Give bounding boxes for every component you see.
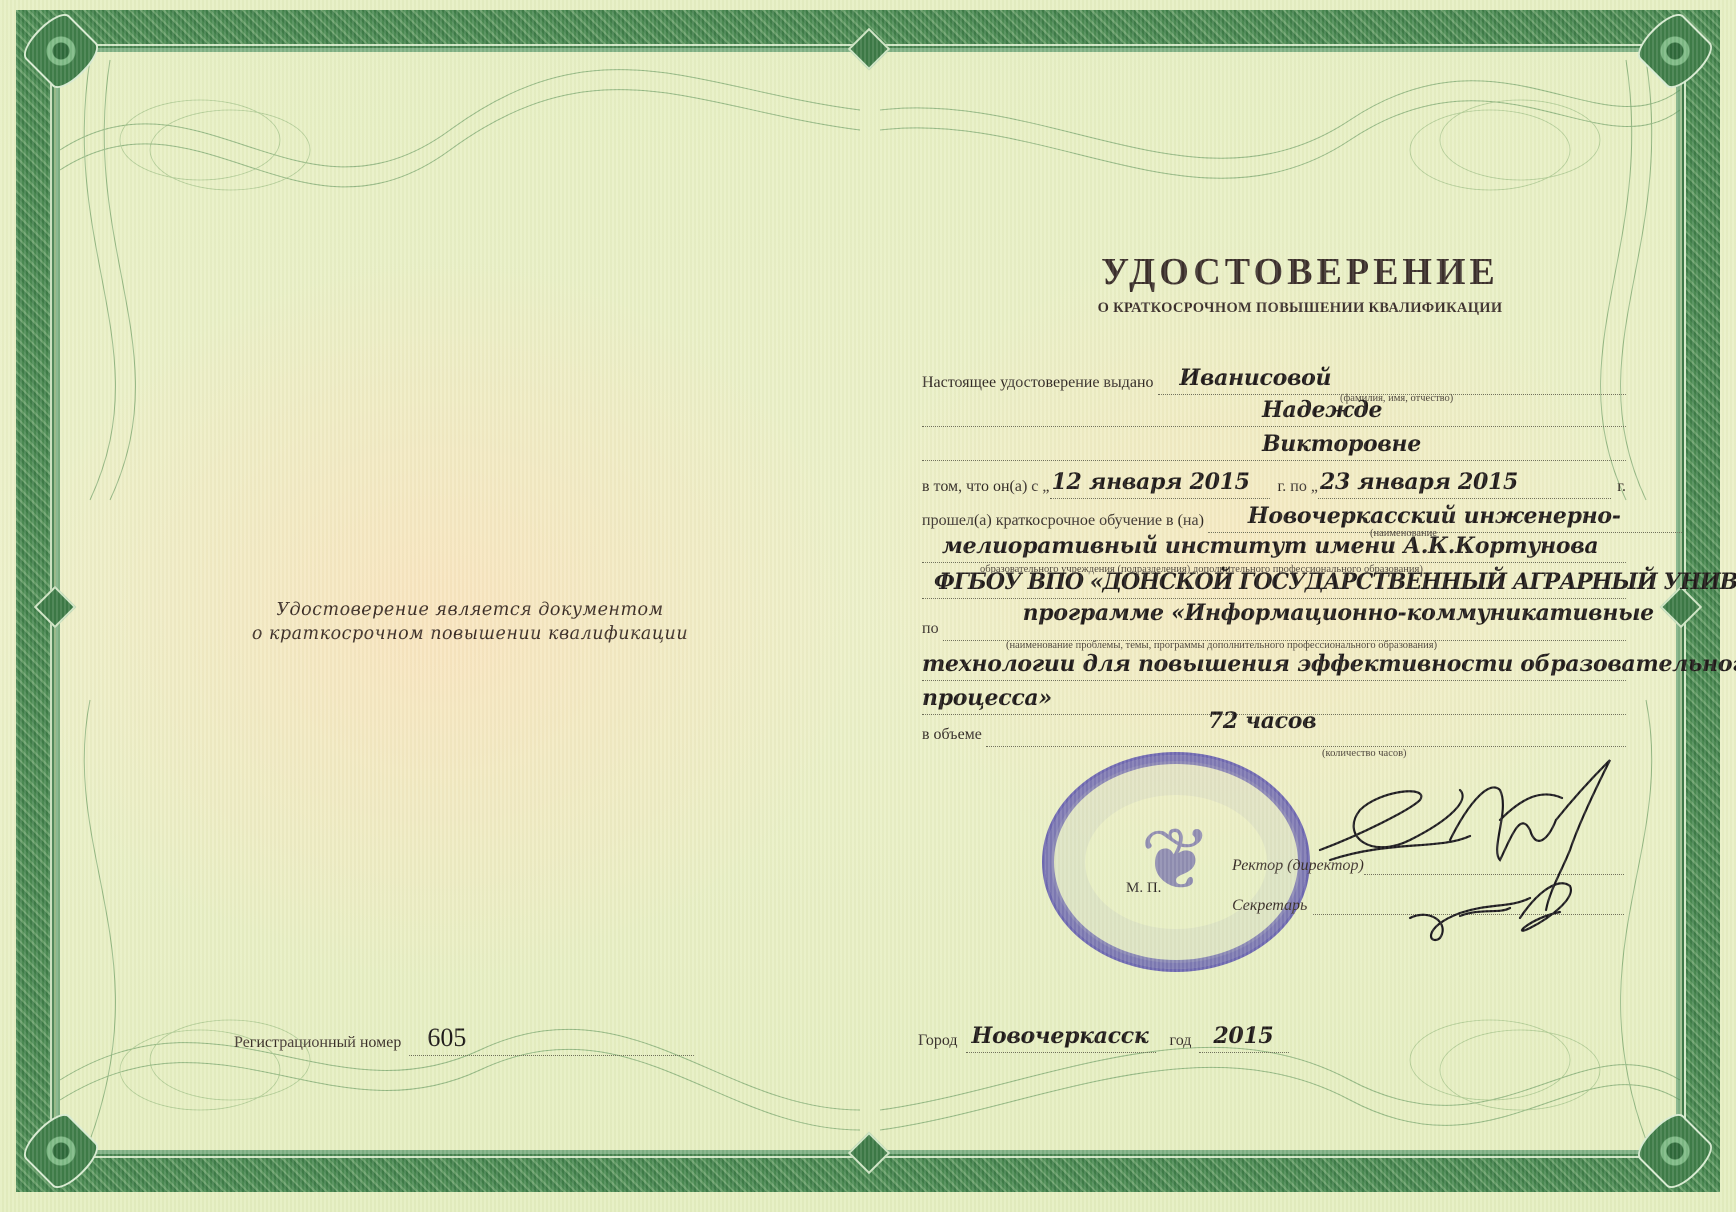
volume-line: 72 часов bbox=[986, 718, 1626, 747]
institution-row-2: мелиоративный институт имени А.К.Кортуно… bbox=[922, 534, 1626, 563]
institution-row: прошел(а) краткосрочное обучение в (на) … bbox=[922, 504, 1682, 533]
institution-name-2: мелиоративный институт имени А.К.Кортуно… bbox=[942, 533, 1598, 559]
end-date-line: 23 января 2015 bbox=[1318, 470, 1611, 499]
period-middle: г. по „ bbox=[1278, 478, 1318, 499]
period-row: в том, что он(а) с „ 12 января 2015 г. п… bbox=[922, 470, 1626, 499]
start-date-line: 12 января 2015 bbox=[1050, 470, 1270, 499]
institution-line-3: ФГБОУ ВПО «ДОНСКОЙ ГОСУДАРСТВЕННЫЙ АГРАР… bbox=[922, 570, 1626, 599]
institution-line-1: Новочеркасский инженерно- bbox=[1208, 504, 1682, 533]
program-line-2: технологии для повышения эффективности о… bbox=[922, 648, 1626, 681]
certificate-subtitle: О КРАТКОСРОЧНОМ ПОВЫШЕНИИ КВАЛИФИКАЦИИ bbox=[1040, 300, 1560, 317]
period-prefix: в том, что он(а) с „ bbox=[922, 478, 1050, 499]
program-name-3: процесса» bbox=[922, 685, 1052, 711]
seal-place-label: М. П. bbox=[1126, 880, 1161, 897]
registration-label: Регистрационный номер bbox=[234, 1034, 401, 1056]
volume-row: в объеме 72 часов bbox=[922, 718, 1626, 747]
patronymic-row: Викторовне bbox=[922, 432, 1626, 461]
rector-signature-row: Ректор (директор) bbox=[1232, 852, 1624, 875]
certificate-title: УДОСТОВЕРЕНИЕ bbox=[1040, 250, 1560, 294]
start-date: 12 января 2015 bbox=[1052, 469, 1250, 495]
patronymic-line: Викторовне bbox=[922, 432, 1626, 461]
city-line: Новочеркасск bbox=[966, 1024, 1156, 1053]
year-label: год bbox=[1170, 1032, 1192, 1053]
city-value: Новочеркасск bbox=[972, 1023, 1149, 1049]
end-date: 23 января 2015 bbox=[1320, 469, 1518, 495]
year-value: 2015 bbox=[1213, 1023, 1273, 1049]
registration-number: 605 bbox=[427, 1023, 466, 1053]
left-page-note: Удостоверение является документом о крат… bbox=[250, 598, 690, 646]
note-line-1: Удостоверение является документом bbox=[250, 598, 690, 622]
issued-to-row: Настоящее удостоверение выдано Иванисово… bbox=[922, 366, 1626, 395]
first-name-row: Надежде bbox=[922, 398, 1626, 427]
secretary-label: Секретарь bbox=[1232, 897, 1307, 915]
secretary-signature-line bbox=[1313, 892, 1624, 915]
program-name-1: программе «Информационно-коммуникативные bbox=[1023, 600, 1654, 626]
issued-to-label: Настоящее удостоверение выдано bbox=[922, 374, 1154, 395]
institution-row-3: ФГБОУ ВПО «ДОНСКОЙ ГОСУДАРСТВЕННЫЙ АГРАР… bbox=[922, 570, 1626, 599]
volume-label: в объеме bbox=[922, 726, 982, 747]
issued-to-line: Иванисовой bbox=[1158, 366, 1626, 395]
period-suffix: г. bbox=[1617, 478, 1626, 499]
institution-name-1: Новочеркасский инженерно- bbox=[1248, 503, 1621, 529]
registration-line: 605 bbox=[409, 1025, 694, 1056]
program-row: по программе «Информационно-коммуникатив… bbox=[922, 612, 1626, 641]
double-headed-eagle-icon: ❦ bbox=[1121, 805, 1231, 915]
rector-label: Ректор (директор) bbox=[1232, 857, 1364, 875]
year-line: 2015 bbox=[1199, 1024, 1289, 1053]
city-row: Город Новочеркасск год 2015 bbox=[918, 1024, 1338, 1053]
first-name-line: Надежде bbox=[922, 398, 1626, 427]
institution-line-2: мелиоративный институт имени А.К.Кортуно… bbox=[922, 534, 1626, 563]
surname: Иванисовой bbox=[1180, 365, 1332, 391]
institution-name-3: ФГБОУ ВПО «ДОНСКОЙ ГОСУДАРСТВЕННЫЙ АГРАР… bbox=[934, 569, 1736, 595]
program-label: по bbox=[922, 620, 939, 641]
program-line-1: программе «Информационно-коммуникативные bbox=[943, 612, 1626, 641]
patronymic: Викторовне bbox=[1262, 431, 1421, 457]
secretary-signature-row: Секретарь bbox=[1232, 892, 1624, 915]
certificate-sheet: Удостоверение является документом о крат… bbox=[0, 0, 1736, 1212]
first-name: Надежде bbox=[1262, 397, 1382, 423]
registration-number-row: Регистрационный номер 605 bbox=[234, 1022, 694, 1056]
program-name-2: технологии для повышения эффективности о… bbox=[922, 651, 1736, 677]
program-row-2: технологии для повышения эффективности о… bbox=[922, 648, 1626, 681]
rector-signature-line bbox=[1364, 852, 1624, 875]
institution-label: прошел(а) краткосрочное обучение в (на) bbox=[922, 512, 1204, 533]
note-line-2: о краткосрочном повышении квалификации bbox=[250, 622, 690, 646]
volume-value: 72 часов bbox=[1208, 708, 1316, 734]
city-label: Город bbox=[918, 1032, 958, 1053]
volume-hint: (количество часов) bbox=[1322, 748, 1407, 759]
